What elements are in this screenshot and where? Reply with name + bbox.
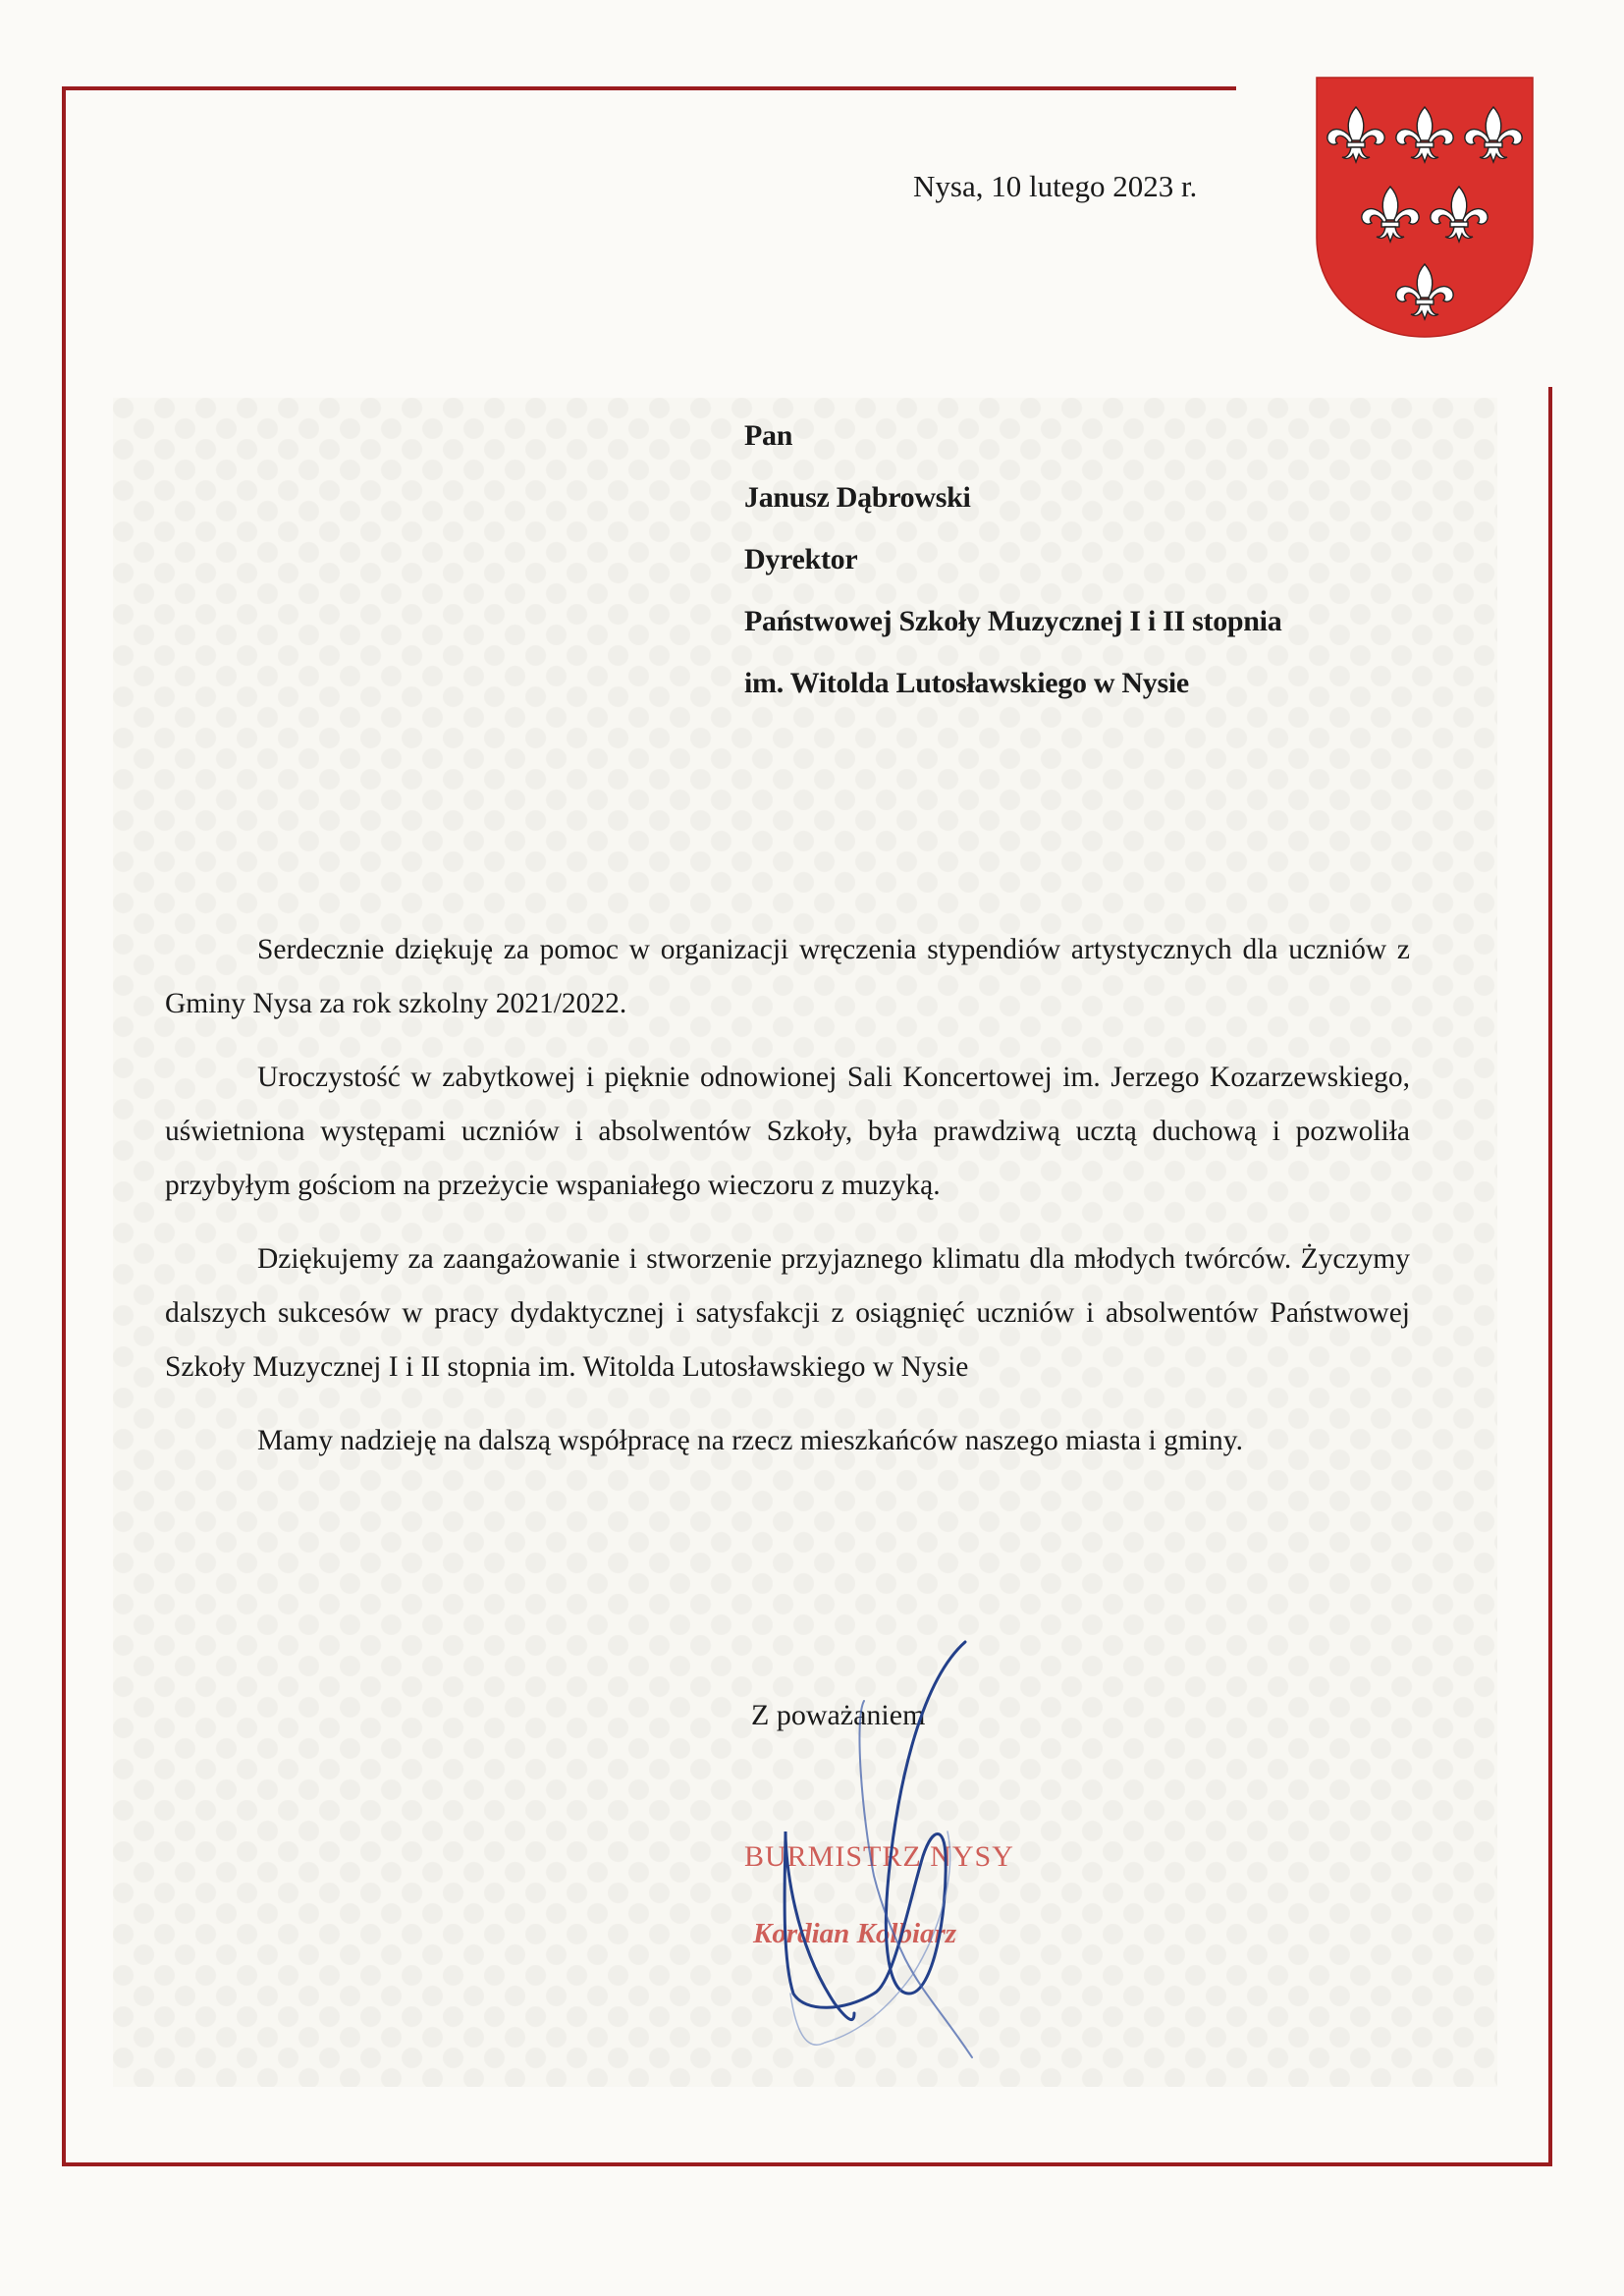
stamp-title: BURMISTRZ NYSY bbox=[744, 1840, 1014, 1874]
body-paragraph: Uroczystość w zabytkowej i pięknie odnow… bbox=[165, 1051, 1410, 1213]
frame-border-right bbox=[1548, 387, 1552, 2166]
addressee-block: Pan Janusz Dąbrowski Dyrektor Państwowej… bbox=[744, 419, 1281, 729]
stamp-name: Kordian Kolbiarz bbox=[753, 1918, 956, 1950]
frame-border-top bbox=[62, 86, 1236, 90]
addressee-position: Dyrektor bbox=[744, 543, 1281, 605]
addressee-institution: Państwowej Szkoły Muzycznej I i II stopn… bbox=[744, 605, 1281, 667]
closing-salutation: Z poważaniem bbox=[751, 1699, 925, 1732]
body-paragraph: Mamy nadzieję na dalszą współpracę na rz… bbox=[165, 1414, 1410, 1468]
coat-of-arms-icon bbox=[1315, 76, 1535, 341]
letter-date: Nysa, 10 lutego 2023 r. bbox=[913, 169, 1197, 204]
letter-body: Serdecznie dziękuję za pomoc w organizac… bbox=[165, 923, 1410, 1488]
body-paragraph: Serdecznie dziękuję za pomoc w organizac… bbox=[165, 923, 1410, 1031]
addressee-salutation: Pan bbox=[744, 419, 1281, 481]
addressee-name: Janusz Dąbrowski bbox=[744, 481, 1281, 543]
frame-border-left bbox=[62, 86, 66, 2166]
body-paragraph: Dziękujemy za zaangażowanie i stworzenie… bbox=[165, 1232, 1410, 1394]
frame-border-bottom bbox=[62, 2162, 1552, 2166]
addressee-institution-patron: im. Witolda Lutosławskiego w Nysie bbox=[744, 667, 1281, 729]
